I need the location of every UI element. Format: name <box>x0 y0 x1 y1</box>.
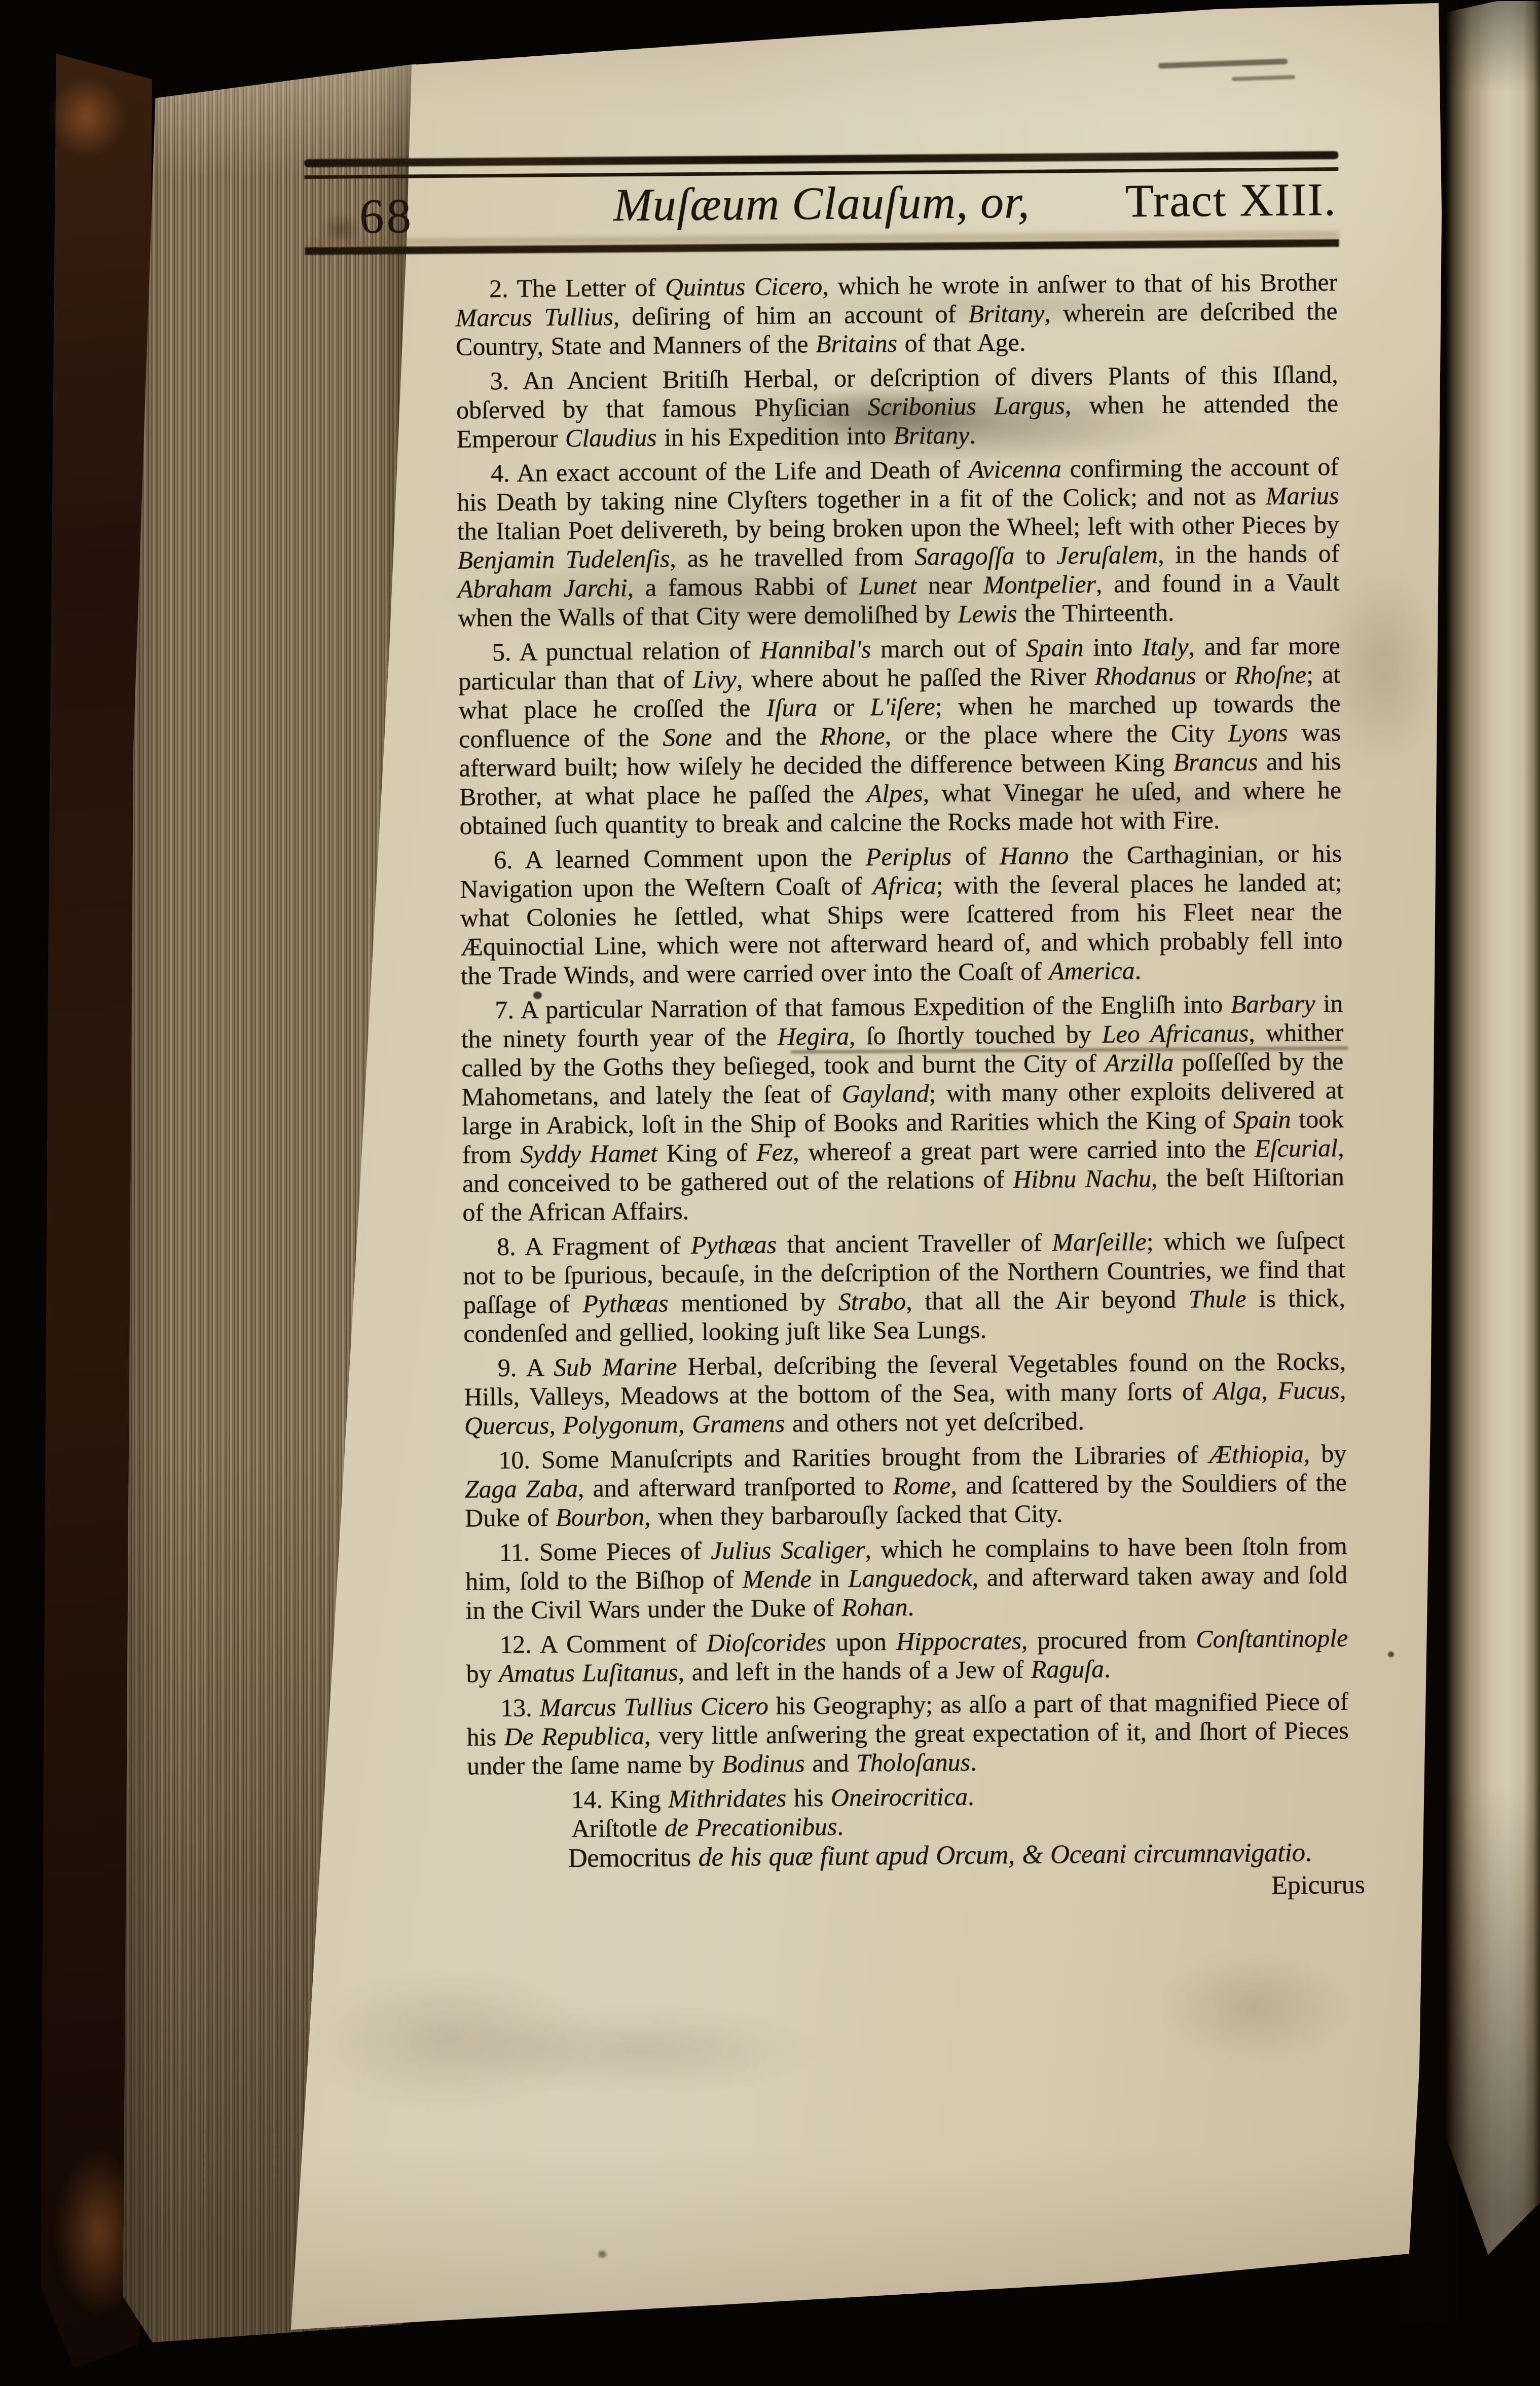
item-5: 5. A punctual relation of Hannibal's mar… <box>458 631 1342 840</box>
item-12: 12. A Comment of Dioſcorides upon Hippoc… <box>466 1624 1348 1688</box>
item-6: 6. A learned Comment upon the Periplus o… <box>460 839 1343 990</box>
item-2: 2. The Letter of Quintus Cicero, which h… <box>455 268 1338 361</box>
item-9: 9. A Sub Marine Herbal, deſcribing the ſ… <box>464 1347 1346 1441</box>
catchword: Epicurus <box>468 1870 1365 1906</box>
item-13: 13. Marcus Tullius Cicero his Geography;… <box>466 1687 1349 1781</box>
next-page-curl <box>1446 1 1540 2282</box>
item-3: 3. An Ancient Britiſh Herbal, or deſcrip… <box>456 360 1338 454</box>
text-block: 2. The Letter of Quintus Cicero, which h… <box>455 268 1350 1906</box>
item-10: 10. Some Manuſcripts and Rarities brough… <box>464 1439 1347 1533</box>
paper-speck <box>598 2251 606 2258</box>
tract-number: Tract XIII. <box>1125 172 1337 228</box>
item-4: 4. An exact account of the Life and Deat… <box>457 452 1340 633</box>
printed-page-content: 68 Muſæum Clauſum, or, Tract XIII. 2. Th… <box>304 143 1354 2229</box>
paper-speck <box>1388 1651 1394 1657</box>
item-11: 11. Some Pieces of Julius Scaliger, whic… <box>465 1531 1348 1625</box>
running-header: 68 Muſæum Clauſum, or, Tract XIII. <box>304 172 1339 244</box>
item-7: 7. A particular Narration of that famous… <box>461 989 1345 1227</box>
item-8: 8. A Fragment of Pythæas that ancient Tr… <box>463 1226 1346 1348</box>
leather-wear-patch <box>49 76 125 157</box>
democritus-line: Democritus de his quæ fiunt apud Orcum, … <box>467 1837 1349 1875</box>
header-rule-top-thick <box>304 151 1338 167</box>
book-photograph: 68 Muſæum Clauſum, or, Tract XIII. 2. Th… <box>0 0 1540 2386</box>
